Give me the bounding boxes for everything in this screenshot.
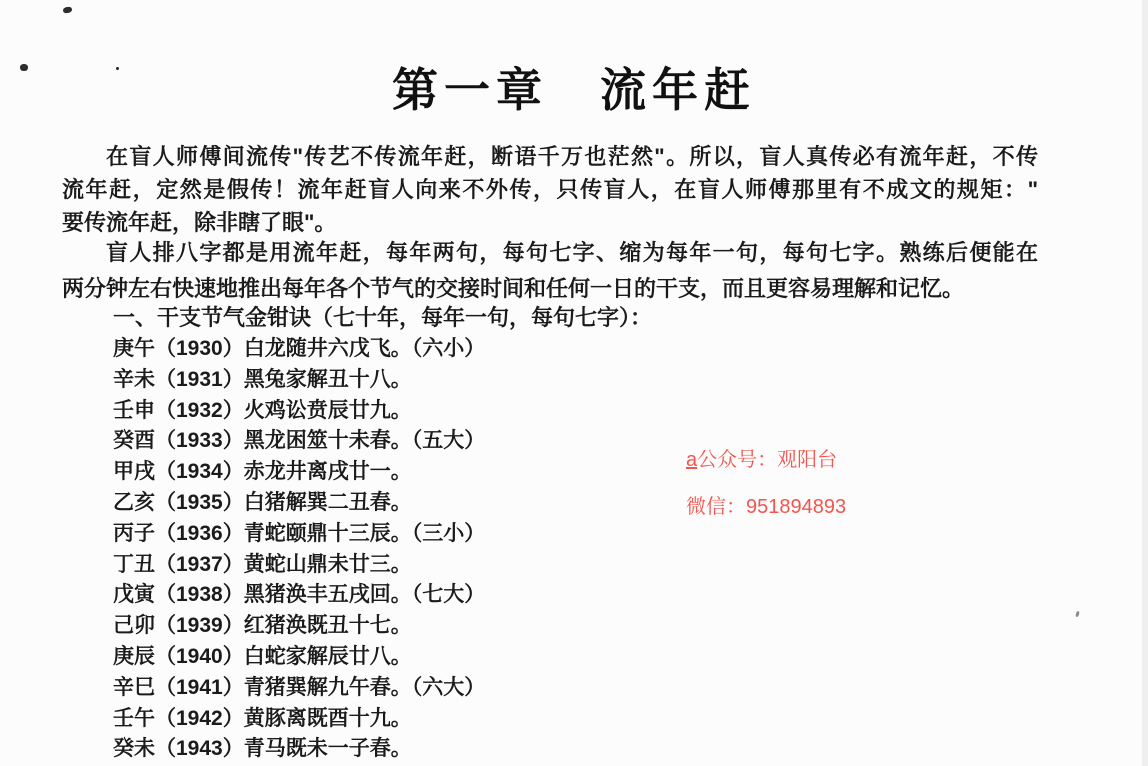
- scan-speck: [116, 67, 119, 70]
- verse-line: 戊寅（1938）黑猪涣丰五戌回。（七大）: [113, 580, 485, 611]
- watermark-account: 公众号：观阳台: [697, 449, 837, 471]
- verse-line: 乙亥（1935）白猪解巽二丑春。: [113, 488, 485, 519]
- verse-line: 癸酉（1933）黑龙困筮十未春。（五大）: [113, 426, 485, 457]
- scan-speck: [62, 6, 72, 14]
- verse-line: 癸未（1943）青马既未一子春。: [113, 734, 485, 765]
- verse-line: 庚辰（1940）白蛇家解辰廿八。: [113, 642, 485, 673]
- verse-line: 壬午（1942）黄豚离既酉十九。: [113, 704, 485, 735]
- text-line: 两分钟左右快速地推出每年各个节气的交接时间和任何一日的干支，而且更容易理解和记忆…: [62, 271, 1038, 307]
- verse-list: 庚午（1930）白龙随井六戊飞。（六小）辛未（1931）黑兔家解丑十八。壬申（1…: [113, 334, 485, 765]
- verse-line: 壬申（1932）火鸡讼贲辰廿九。: [113, 396, 485, 427]
- text-line: 在盲人师傅间流传"传艺不传流年赶，断语千万也茫然"。所以，盲人真传必有流年赶，不…: [62, 140, 1038, 173]
- scan-speck: [1075, 611, 1080, 618]
- scan-speck: [20, 64, 28, 71]
- scan-edge-shadow: [1142, 0, 1148, 766]
- watermark-wechat: 微信：951894893: [686, 496, 846, 518]
- verse-line: 辛巳（1941）青猪巽解九午春。（六大）: [113, 673, 485, 704]
- watermark: a公众号：观阳台 微信：951894893: [686, 449, 846, 518]
- text-line: 盲人排八字都是用流年赶，每年两句，每句七字、缩为每年一句，每句七字。熟练后便能在: [62, 235, 1038, 271]
- text-line: 流年赶，定然是假传！流年赶盲人向来不外传，只传盲人，在盲人师傅那里有不成文的规矩…: [62, 173, 1038, 206]
- watermark-account-line: a公众号：观阳台: [686, 449, 846, 471]
- verse-line: 丙子（1936）青蛇颐鼎十三辰。（三小）: [113, 519, 485, 550]
- verse-line: 庚午（1930）白龙随井六戊飞。（六小）: [113, 334, 485, 365]
- page-title: 第一章 流年赶: [0, 54, 1148, 120]
- verse-line: 己卯（1939）红猪涣既丑十七。: [113, 611, 485, 642]
- verse-line: 甲戌（1934）赤龙井离戌廿一。: [113, 457, 485, 488]
- watermark-prefix: a: [686, 449, 697, 471]
- document-page: 第一章 流年赶 在盲人师傅间流传"传艺不传流年赶，断语千万也茫然"。所以，盲人真…: [0, 0, 1148, 766]
- list-intro: 一、干支节气金钳诀（七十年，每年一句，每句七字）：: [113, 305, 652, 331]
- verse-line: 丁丑（1937）黄蛇山鼎未廿三。: [113, 550, 485, 581]
- verse-line: 辛未（1931）黑兔家解丑十八。: [113, 365, 485, 396]
- paragraph-1: 在盲人师傅间流传"传艺不传流年赶，断语千万也茫然"。所以，盲人真传必有流年赶，不…: [62, 140, 1038, 239]
- paragraph-2: 盲人排八字都是用流年赶，每年两句，每句七字、缩为每年一句，每句七字。熟练后便能在…: [62, 235, 1038, 307]
